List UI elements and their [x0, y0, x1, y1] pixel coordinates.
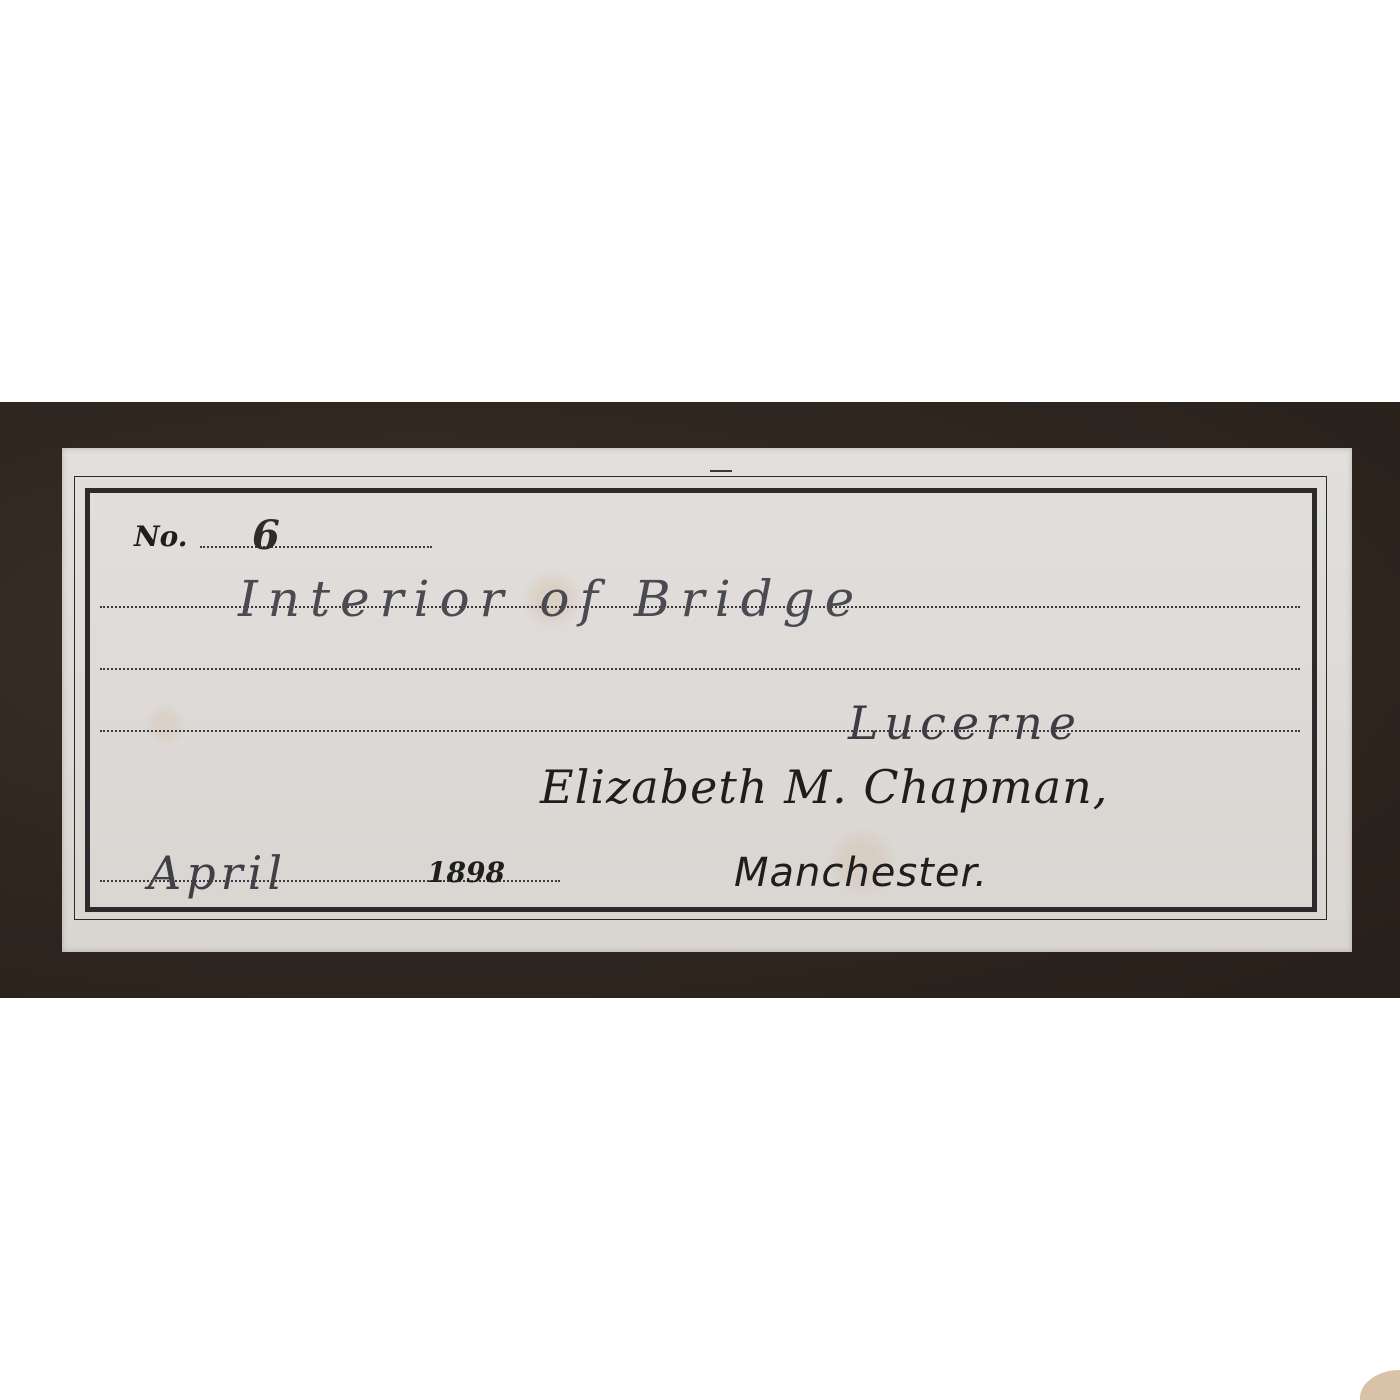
handwritten-title: Interior of Bridge [238, 570, 864, 628]
handwritten-month: April [148, 846, 287, 900]
number-label: No. [134, 520, 188, 553]
writing-line-2 [100, 668, 1300, 670]
photographer-name: Elizabeth M. Chapman, [540, 760, 1108, 814]
city-printed: Manchester. [734, 850, 988, 896]
number-dotted-line [200, 546, 432, 548]
writing-line-3 [100, 730, 1300, 732]
caption-label-card: No. Elizabeth M. Chapman, 1898 Mancheste… [62, 448, 1352, 952]
handwritten-place: Lucerne [848, 696, 1082, 750]
year-printed: 1898 [427, 856, 505, 889]
top-center-mark [710, 470, 732, 472]
mount-torn-corner [1360, 1370, 1400, 1400]
handwritten-number: 6 [252, 512, 280, 559]
